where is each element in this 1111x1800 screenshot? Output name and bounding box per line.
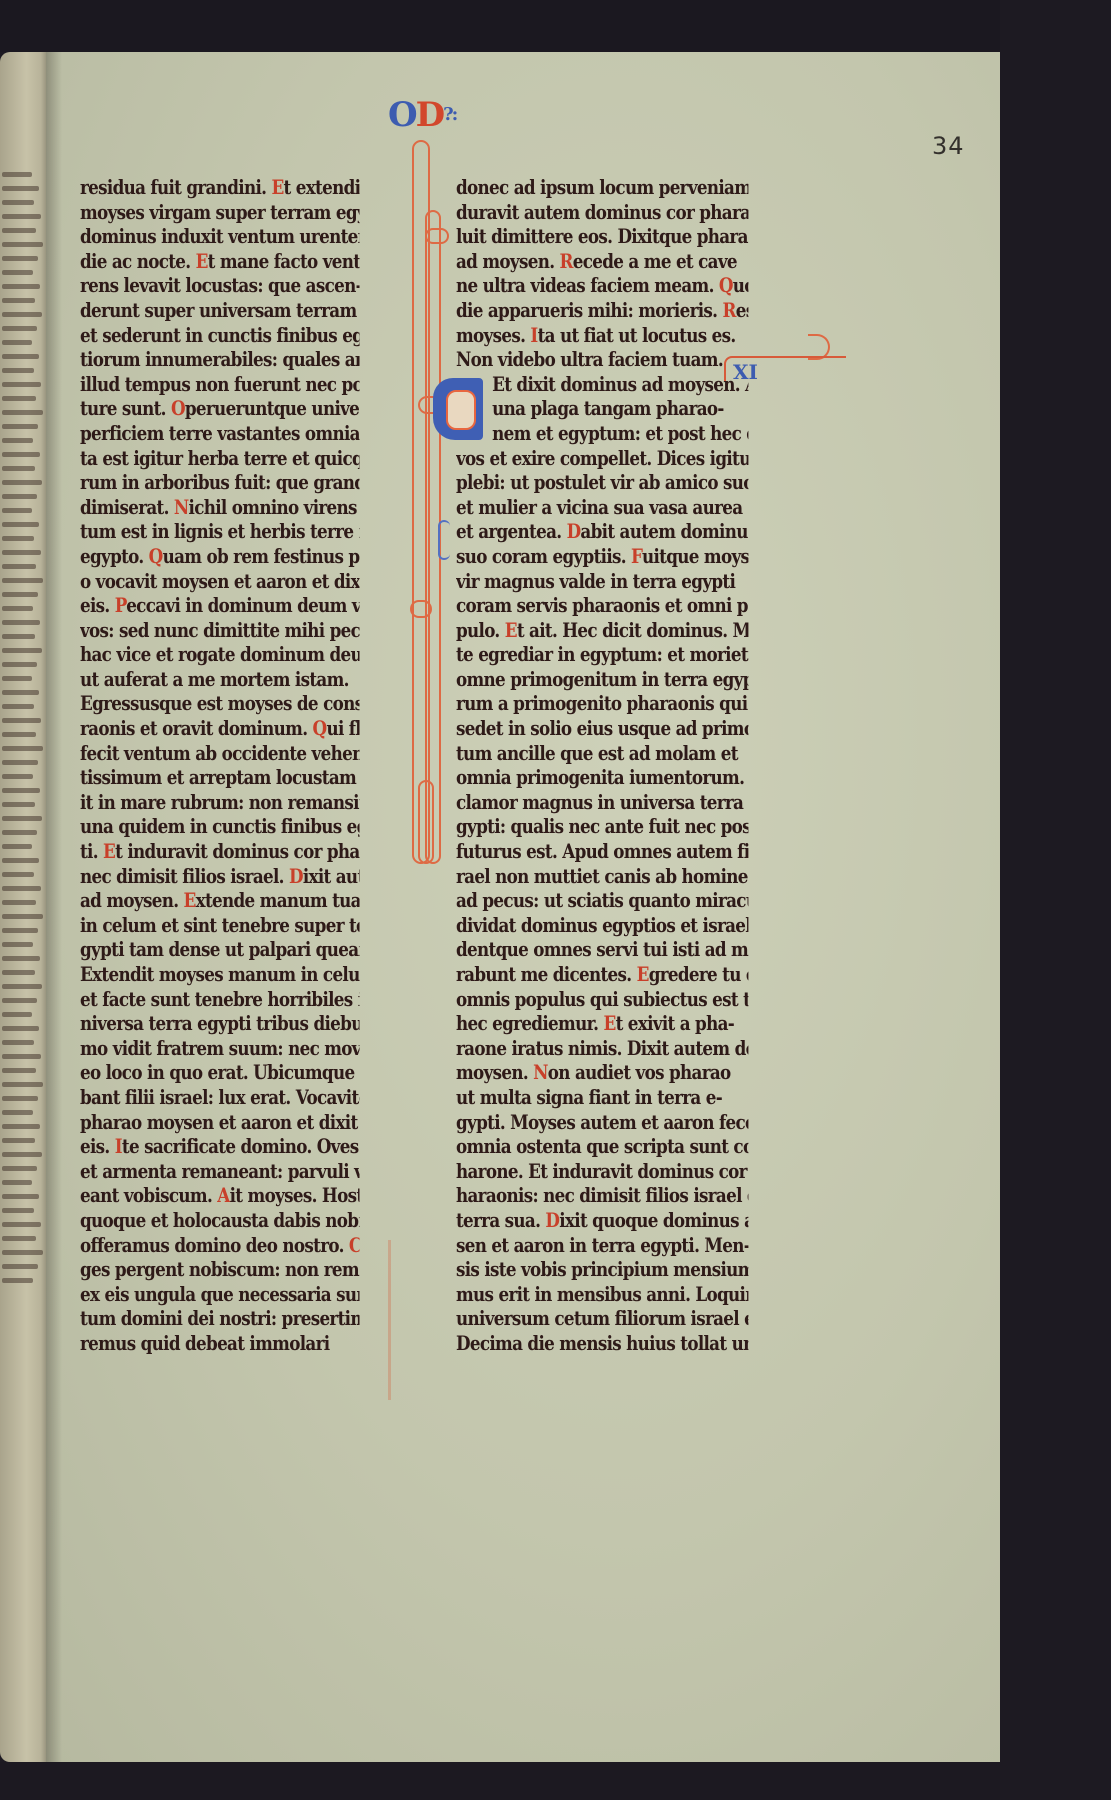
previous-leaf-line	[2, 1082, 43, 1087]
text-line: omnis populus qui subiectus est tibi. Po…	[456, 988, 748, 1013]
previous-leaf-line	[2, 830, 37, 835]
text-line: tum est in lignis et herbis terre in cun…	[80, 520, 360, 545]
previous-leaf-line	[2, 690, 39, 695]
text-line: perficiem terre vastantes omnia. Devora-	[80, 422, 360, 447]
previous-leaf-line	[2, 1012, 32, 1017]
previous-leaf-edge	[0, 52, 48, 1762]
previous-leaf-line	[2, 1250, 43, 1255]
previous-leaf-line	[2, 872, 34, 877]
text-line: et facte sunt tenebre horribiles in u-	[80, 988, 360, 1013]
previous-leaf-line	[2, 676, 32, 681]
text-line: ad pecus: ut sciatis quanto miraculo	[456, 889, 748, 914]
previous-leaf-line	[2, 186, 39, 191]
text-line: in celum et sint tenebre super terram e-	[80, 914, 360, 939]
text-line: gypti tam dense ut palpari queant.	[80, 938, 360, 963]
previous-leaf-line	[2, 788, 40, 793]
previous-leaf-line	[2, 200, 34, 205]
text-line: una quidem in cunctis finibus egyp-	[80, 815, 360, 840]
previous-leaf-line	[2, 802, 35, 807]
text-line: eis. Ite sacrificate domino. Oves tantum	[80, 1135, 360, 1160]
previous-leaf-line	[2, 760, 38, 765]
text-line: ne ultra videas faciem meam. Quocumque	[456, 274, 748, 299]
text-line: nec dimisit filios israel. Dixit autem d…	[80, 865, 360, 890]
previous-leaf-line	[2, 1180, 32, 1185]
previous-leaf-line	[2, 522, 39, 527]
text-line: raone iratus nimis. Dixit autem dominus …	[456, 1037, 748, 1062]
background-bottom	[0, 1762, 1111, 1800]
text-line: dentque omnes servi tui isti ad me et ad…	[456, 938, 748, 963]
previous-leaf-line	[2, 1278, 33, 1283]
rubricated-capital: R	[722, 299, 735, 322]
text-line: coram servis pharaonis et omni po-	[456, 594, 748, 619]
text-line: sedet in solio eius usque ad primogeni-	[456, 717, 748, 742]
text-line: ut multa signa fiant in terra e-	[456, 1086, 748, 1111]
rubricated-capital: E	[637, 963, 649, 986]
text-line: derunt super universam terram egypti	[80, 299, 360, 324]
previous-leaf-line	[2, 578, 43, 583]
previous-leaf-line	[2, 410, 43, 415]
previous-leaf-line	[2, 214, 41, 219]
rubricated-capital: I	[530, 324, 537, 347]
text-line: omnia primogenita iumentorum. Eritque	[456, 766, 748, 791]
text-column-right: donec ad ipsum locum perveniamus. In-dur…	[456, 176, 796, 1357]
previous-leaf-line	[2, 228, 36, 233]
previous-leaf-line	[2, 1138, 35, 1143]
previous-leaf-line	[2, 718, 41, 723]
text-line: hec egrediemur. Et exivit a pha-	[456, 1012, 748, 1037]
previous-leaf-line	[2, 900, 36, 905]
previous-leaf-line	[2, 438, 33, 443]
previous-leaf-line	[2, 1068, 36, 1073]
previous-leaf-line	[2, 998, 37, 1003]
rubricated-capital: I	[115, 1135, 122, 1158]
text-line: Egressusque est moyses de conspectu pha-	[80, 692, 360, 717]
rubricated-capital: D	[289, 865, 303, 888]
rubricated-capital: Q	[313, 717, 327, 740]
previous-leaf-line	[2, 340, 32, 345]
previous-leaf-line	[2, 368, 34, 373]
rubricated-capital: N	[174, 496, 189, 519]
previous-leaf-line	[2, 172, 32, 177]
rubricated-capital: Q	[719, 274, 733, 297]
text-line: tiorum innumerabiles: quales ante	[80, 348, 360, 373]
previous-leaf-line	[2, 508, 32, 513]
running-head-suffix: ?:	[443, 104, 456, 125]
previous-leaf-line	[2, 592, 38, 597]
previous-leaf-line	[2, 1194, 39, 1199]
rubricated-capital: F	[631, 545, 642, 568]
text-line: residua fuit grandini. Et extendit	[80, 176, 360, 201]
previous-leaf-line	[2, 242, 43, 247]
pen-flourish-curl	[425, 228, 449, 244]
text-line: et mulier a vicina sua vasa aurea	[456, 496, 748, 521]
previous-leaf-line	[2, 816, 42, 821]
text-line: donec ad ipsum locum perveniamus. In-	[456, 176, 748, 201]
text-line: it in mare rubrum: non remansit ne	[80, 791, 360, 816]
text-line: haraonis: nec dimisit filios israel de	[456, 1184, 748, 1209]
running-head-right: D	[416, 95, 443, 135]
text-line: ut auferat a me mortem istam.	[80, 668, 360, 693]
previous-leaf-line	[2, 704, 34, 709]
text-line: rens levavit locustas: que ascen-	[80, 274, 360, 299]
text-line: futurus est. Apud omnes autem filios is-	[456, 840, 748, 865]
text-line: rum a primogenito pharaonis qui	[456, 692, 748, 717]
previous-leaf-line	[2, 1236, 36, 1241]
previous-leaf-line	[2, 634, 35, 639]
text-line: te egrediar in egyptum: et morietur	[456, 643, 748, 668]
rubricated-capital: O	[171, 397, 185, 420]
previous-leaf-line	[2, 648, 42, 653]
text-column-left: residua fuit grandini. Et extenditmoyses…	[80, 176, 405, 1357]
text-line: dominus induxit ventum urentem tota illa	[80, 225, 360, 250]
text-line: luit dimittere eos. Dixitque pharao	[456, 225, 748, 250]
text-line: mus erit in mensibus anni. Loquimini ad	[456, 1283, 748, 1308]
text-line: ad moysen. Recede a me et cave	[456, 250, 748, 275]
previous-leaf-line	[2, 1222, 41, 1227]
pen-flourish-curl	[410, 600, 432, 618]
text-line: ad moysen. Extende manum tuam	[80, 889, 360, 914]
text-line: dimiserat. Nichil omnino virens relic-	[80, 496, 360, 521]
previous-leaf-line	[2, 914, 43, 919]
blue-flourish-margin	[438, 520, 450, 560]
text-line: ti. Et induravit dominus cor pharaonis	[80, 840, 360, 865]
previous-leaf-line	[2, 1054, 41, 1059]
text-line: moysen. Non audiet vos pharao	[456, 1061, 748, 1086]
rubricated-capital: E	[184, 889, 196, 912]
rubricated-capital: E	[196, 250, 208, 273]
running-head: OD?:	[388, 98, 456, 132]
previous-leaf-line	[2, 564, 36, 569]
previous-leaf-line	[2, 1166, 37, 1171]
previous-leaf-line	[2, 970, 35, 975]
text-line: rabunt me dicentes. Egredere tu et	[456, 963, 748, 988]
text-line: nem et egyptum: et post hec dimittet	[456, 422, 748, 447]
background-right	[1000, 0, 1111, 1800]
text-line: egypto. Quam ob rem festinus phara-	[80, 545, 360, 570]
text-line: terra sua. Dixit quoque dominus ad moy-	[456, 1209, 748, 1234]
background-top	[0, 0, 1111, 52]
text-line: quoque et holocausta dabis nobis: que	[80, 1209, 360, 1234]
text-line: tum domini dei nostri: presertim cum ign…	[80, 1307, 360, 1332]
previous-leaf-line	[2, 550, 41, 555]
rubricated-capital: N	[533, 1061, 548, 1084]
previous-leaf-line	[2, 452, 40, 457]
text-line: harone. Et induravit dominus cor p-	[456, 1160, 748, 1185]
text-line: vir magnus valde in terra egypti	[456, 570, 748, 595]
previous-leaf-line	[2, 256, 38, 261]
text-line: Extendit moyses manum in celum	[80, 963, 360, 988]
rubricated-capital: P	[115, 594, 126, 617]
previous-leaf-line	[2, 480, 42, 485]
text-line: eis. Peccavi in dominum deum vestrum et …	[80, 594, 360, 619]
text-line: ges pergent nobiscum: non remanebit	[80, 1258, 360, 1283]
previous-leaf-line	[2, 1264, 38, 1269]
previous-leaf-line	[2, 270, 33, 275]
text-line: sis iste vobis principium mensium: pri-	[456, 1258, 748, 1283]
text-line: moyses virgam super terram egypti: et	[80, 201, 360, 226]
rubricated-capital: E	[103, 840, 115, 863]
previous-leaf-line	[2, 844, 32, 849]
rubricated-capital: D	[567, 520, 581, 543]
text-line: gypti: qualis nec ante fuit nec postea	[456, 815, 748, 840]
text-line: pharao moysen et aaron et dixit	[80, 1111, 360, 1136]
previous-leaf-line	[2, 1152, 42, 1157]
rubricated-capital: R	[560, 250, 573, 273]
previous-leaf-line	[2, 662, 37, 667]
previous-leaf-line	[2, 984, 42, 989]
text-line: eo loco in quo erat. Ubicumque autem hab…	[80, 1061, 360, 1086]
previous-leaf-line	[2, 494, 37, 499]
pen-flourish-lower	[418, 780, 434, 864]
previous-leaf-line	[2, 1096, 38, 1101]
text-line: die apparueris mihi: morieris. Respondit	[456, 299, 748, 324]
text-line: niversa terra egypti tribus diebus. Ne-	[80, 1012, 360, 1037]
previous-leaf-line	[2, 382, 41, 387]
previous-leaf-line	[2, 858, 39, 863]
text-line: rael non muttiet canis ab homine usque	[456, 865, 748, 890]
previous-leaf-line	[2, 284, 40, 289]
rubricated-capital: A	[217, 1184, 229, 1207]
previous-leaf-line	[2, 1208, 34, 1213]
previous-leaf-line	[2, 1026, 39, 1031]
text-line: pulo. Et ait. Hec dicit dominus. Media n…	[456, 619, 748, 644]
text-line: Et dixit dominus ad moysen. Adhuc	[456, 373, 748, 398]
previous-leaf-line	[2, 298, 35, 303]
text-line: tum ancille que est ad molam et	[456, 742, 748, 767]
text-line: et sederunt in cunctis finibus egyp-	[80, 324, 360, 349]
text-line: remus quid debeat immolari	[80, 1332, 360, 1357]
text-line: Decima die mensis huius tollat unus-	[456, 1332, 748, 1357]
text-line: clamor magnus in universa terra e-	[456, 791, 748, 816]
rubricated-capital: Q	[149, 545, 163, 568]
text-line: una plaga tangam pharao-	[456, 397, 748, 422]
rubricated-capital: D	[545, 1209, 559, 1232]
text-line: plebi: ut postulet vir ab amico suo	[456, 471, 748, 496]
text-line: eant vobiscum. Ait moyses. Hostias	[80, 1184, 360, 1209]
previous-leaf-line	[2, 1040, 34, 1045]
text-line: illud tempus non fuerunt nec postea fu-	[80, 373, 360, 398]
previous-leaf-line	[2, 746, 43, 751]
previous-leaf-line	[2, 1110, 33, 1115]
text-line: dividat dominus egyptios et israel. Desc…	[456, 914, 748, 939]
text-line: suo coram egyptiis. Fuitque moyses	[456, 545, 748, 570]
text-line: vos et exire compellet. Dices igitur omn…	[456, 447, 748, 472]
text-line: duravit autem dominus cor pharaonis: et …	[456, 201, 748, 226]
text-line: raonis et oravit dominum. Qui flare	[80, 717, 360, 742]
rubricated-capital: E	[505, 619, 517, 642]
rubricated-capital: E	[271, 176, 283, 199]
running-head-left: O	[388, 95, 416, 135]
previous-leaf-line	[2, 354, 39, 359]
previous-leaf-text	[2, 172, 44, 1412]
previous-leaf-line	[2, 606, 33, 611]
previous-leaf-line	[2, 956, 40, 961]
previous-leaf-line	[2, 942, 33, 947]
text-line: ture sunt. Operueruntque universam su-	[80, 397, 360, 422]
previous-leaf-line	[2, 774, 33, 779]
text-line: offeramus domino deo nostro. Cuncti gre-	[80, 1234, 360, 1259]
previous-leaf-line	[2, 886, 41, 891]
rubricated-capital: C	[349, 1234, 360, 1257]
previous-leaf-line	[2, 1124, 40, 1129]
previous-leaf-line	[2, 620, 40, 625]
text-line: universum cetum filiorum israel et dicit…	[456, 1307, 748, 1332]
text-line: hac vice et rogate dominum deum vestrum	[80, 643, 360, 668]
text-line: rum in arboribus fuit: que grando	[80, 471, 360, 496]
text-line: sen et aaron in terra egypti. Men-	[456, 1234, 748, 1259]
text-line: vos: sed nunc dimittite mihi peccatum et…	[80, 619, 360, 644]
previous-leaf-line	[2, 312, 42, 317]
page-gutter-shadow	[46, 52, 62, 1762]
text-line: bant filii israel: lux erat. Vocavitque	[80, 1086, 360, 1111]
previous-leaf-line	[2, 424, 38, 429]
text-line: o vocavit moysen et aaron et dixit	[80, 570, 360, 595]
previous-leaf-line	[2, 536, 34, 541]
text-line: ex eis ungula que necessaria sunt in cul…	[80, 1283, 360, 1308]
previous-leaf-line	[2, 466, 35, 471]
previous-leaf-line	[2, 326, 37, 331]
text-line: omnia ostenta que scripta sunt coram p-	[456, 1135, 748, 1160]
text-line: omne primogenitum in terra egyptio-	[456, 668, 748, 693]
text-line: mo vidit fratrem suum: nec movit se de	[80, 1037, 360, 1062]
text-line: et argentea. Dabit autem dominus gratiam…	[456, 520, 748, 545]
previous-leaf-line	[2, 732, 36, 737]
previous-leaf-line	[2, 396, 36, 401]
text-line: die ac nocte. Et mane facto ventus u-	[80, 250, 360, 275]
folio-number: 34	[932, 132, 965, 160]
text-line: tissimum et arreptam locustam proiec-	[80, 766, 360, 791]
previous-leaf-line	[2, 928, 38, 933]
text-line: moyses. Ita ut fiat ut locutus es.	[456, 324, 748, 349]
text-line: gypti. Moyses autem et aaron fecerunt	[456, 1111, 748, 1136]
text-line: Non videbo ultra faciem tuam.	[456, 348, 748, 373]
text-line: fecit ventum ab occidente vehemen-	[80, 742, 360, 767]
rubricated-capital: E	[603, 1012, 615, 1035]
text-line: ta est igitur herba terre et quicquid po…	[80, 447, 360, 472]
text-line: et armenta remaneant: parvuli vestri	[80, 1160, 360, 1185]
